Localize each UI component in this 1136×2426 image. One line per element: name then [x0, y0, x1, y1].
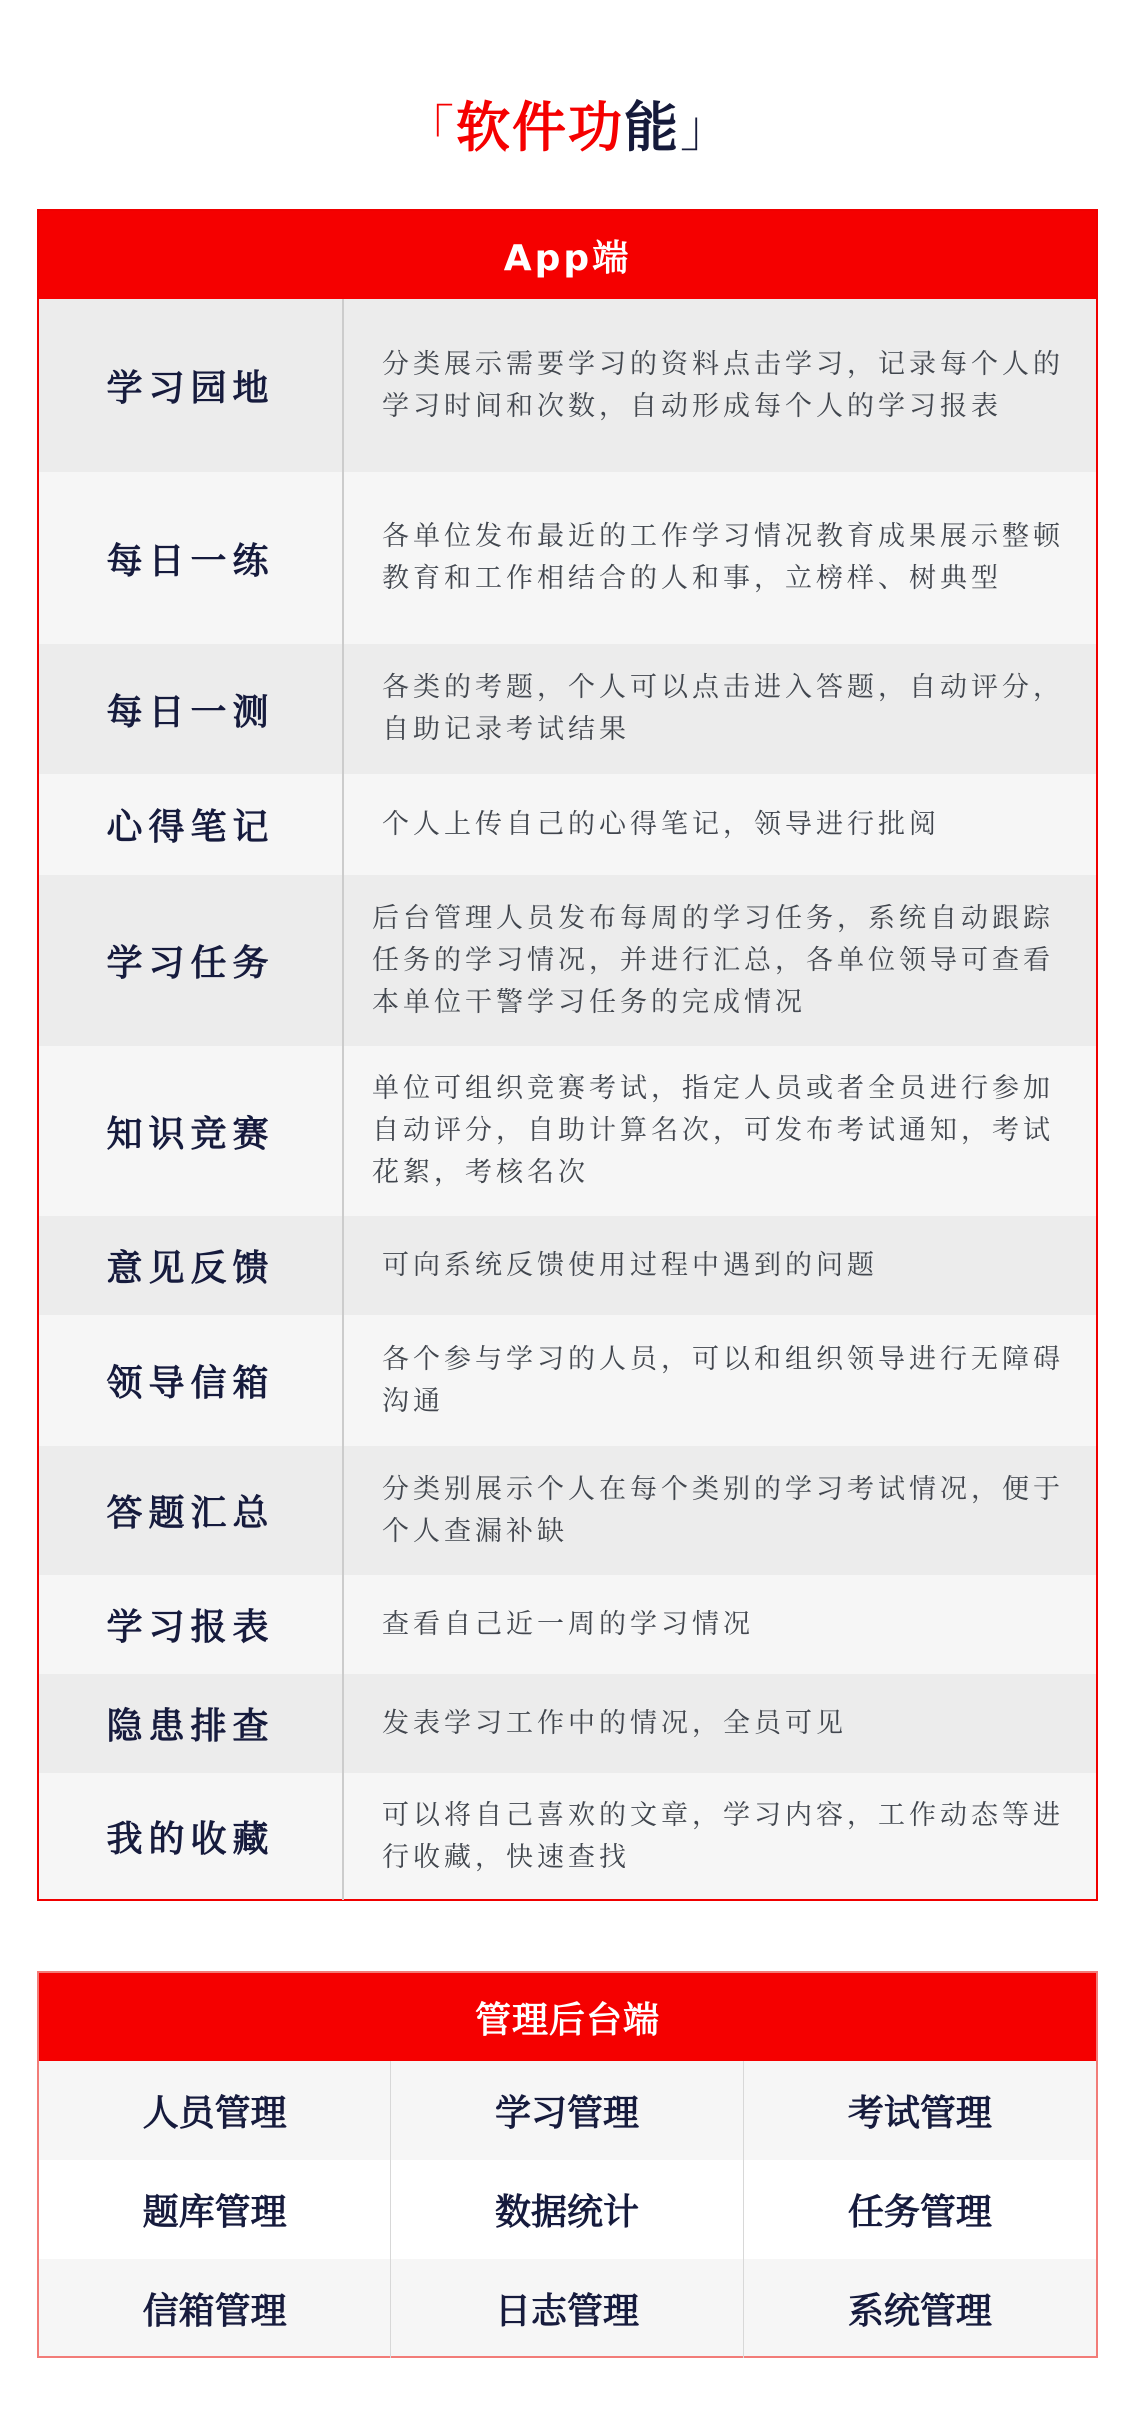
feature-label: 我的收藏	[39, 1773, 344, 1900]
feature-label: 领导信箱	[39, 1315, 344, 1446]
admin-item: 人员管理	[39, 2061, 391, 2160]
feature-description: 查看自己近一周的学习情况	[344, 1575, 1096, 1674]
feature-label: 每日一练	[39, 472, 344, 644]
feature-description: 各单位发布最近的工作学习情况教育成果展示整顿教育和工作相结合的人和事，立榜样、树…	[344, 472, 1096, 644]
admin-feature-table: 管理后台端 人员管理 学习管理 考试管理 题库管理 数据统计 任务管理 信箱管理…	[37, 1971, 1098, 2358]
feature-label: 知识竞赛	[39, 1046, 344, 1216]
app-feature-table: App端 学习园地 分类展示需要学习的资料点击学习，记录每个人的学习时间和次数，…	[37, 209, 1098, 1901]
feature-row: 隐患排查 发表学习工作中的情况，全员可见	[39, 1674, 1096, 1773]
feature-description: 个人上传自己的心得笔记，领导进行批阅	[344, 774, 1096, 875]
admin-item: 题库管理	[39, 2160, 391, 2259]
feature-row: 答题汇总 分类别展示个人在每个类别的学习考试情况，便于个人查漏补缺	[39, 1446, 1096, 1575]
feature-label: 意见反馈	[39, 1216, 344, 1315]
app-section-header: App端	[39, 211, 1096, 299]
feature-description: 可以将自己喜欢的文章，学习内容，工作动态等进行收藏，快速查找	[344, 1773, 1096, 1900]
admin-item: 系统管理	[744, 2259, 1096, 2358]
feature-label: 每日一测	[39, 644, 344, 774]
feature-row: 知识竞赛 单位可组织竞赛考试，指定人员或者全员进行参加自动评分，自助计算名次，可…	[39, 1046, 1096, 1216]
admin-item: 日志管理	[391, 2259, 743, 2358]
feature-row: 学习报表 查看自己近一周的学习情况	[39, 1575, 1096, 1674]
feature-label: 学习园地	[39, 299, 344, 472]
feature-row: 每日一测 各类的考题，个人可以点击进入答题，自动评分，自助记录考试结果	[39, 644, 1096, 774]
feature-row: 领导信箱 各个参与学习的人员，可以和组织领导进行无障碍沟通	[39, 1315, 1096, 1446]
admin-feature-grid: 人员管理 学习管理 考试管理 题库管理 数据统计 任务管理 信箱管理 日志管理 …	[39, 2061, 1096, 2358]
feature-label: 隐患排查	[39, 1674, 344, 1773]
title-bracket-close: 」	[680, 100, 732, 158]
feature-description: 各个参与学习的人员，可以和组织领导进行无障碍沟通	[344, 1315, 1096, 1446]
admin-item: 学习管理	[391, 2061, 743, 2160]
feature-row: 我的收藏 可以将自己喜欢的文章，学习内容，工作动态等进行收藏，快速查找	[39, 1773, 1096, 1900]
title-text-red: 软件功	[456, 96, 624, 159]
feature-label: 心得笔记	[39, 774, 344, 875]
feature-label: 学习任务	[39, 875, 344, 1046]
feature-description: 分类展示需要学习的资料点击学习，记录每个人的学习时间和次数，自动形成每个人的学习…	[344, 299, 1096, 472]
feature-description: 发表学习工作中的情况，全员可见	[344, 1674, 1096, 1773]
page-title: 「软件功能」	[0, 88, 1136, 169]
feature-row: 意见反馈 可向系统反馈使用过程中遇到的问题	[39, 1216, 1096, 1315]
title-text-dark: 能	[624, 96, 680, 159]
feature-description: 可向系统反馈使用过程中遇到的问题	[344, 1216, 1096, 1315]
admin-item: 信箱管理	[39, 2259, 391, 2358]
feature-label: 学习报表	[39, 1575, 344, 1674]
feature-row: 学习任务 后台管理人员发布每周的学习任务，系统自动跟踪任务的学习情况，并进行汇总…	[39, 875, 1096, 1046]
feature-description: 单位可组织竞赛考试，指定人员或者全员进行参加自动评分，自助计算名次，可发布考试通…	[344, 1046, 1096, 1216]
feature-description: 各类的考题，个人可以点击进入答题，自动评分，自助记录考试结果	[344, 644, 1096, 774]
feature-row: 心得笔记 个人上传自己的心得笔记，领导进行批阅	[39, 774, 1096, 875]
feature-row: 每日一练 各单位发布最近的工作学习情况教育成果展示整顿教育和工作相结合的人和事，…	[39, 472, 1096, 644]
feature-label: 答题汇总	[39, 1446, 344, 1575]
feature-row: 学习园地 分类展示需要学习的资料点击学习，记录每个人的学习时间和次数，自动形成每…	[39, 299, 1096, 472]
admin-item: 数据统计	[391, 2160, 743, 2259]
admin-item: 任务管理	[744, 2160, 1096, 2259]
feature-description: 分类别展示个人在每个类别的学习考试情况，便于个人查漏补缺	[344, 1446, 1096, 1575]
title-bracket-open: 「	[404, 100, 456, 158]
admin-item: 考试管理	[744, 2061, 1096, 2160]
feature-description: 后台管理人员发布每周的学习任务，系统自动跟踪任务的学习情况，并进行汇总，各单位领…	[344, 875, 1096, 1046]
admin-section-header: 管理后台端	[39, 1973, 1096, 2061]
